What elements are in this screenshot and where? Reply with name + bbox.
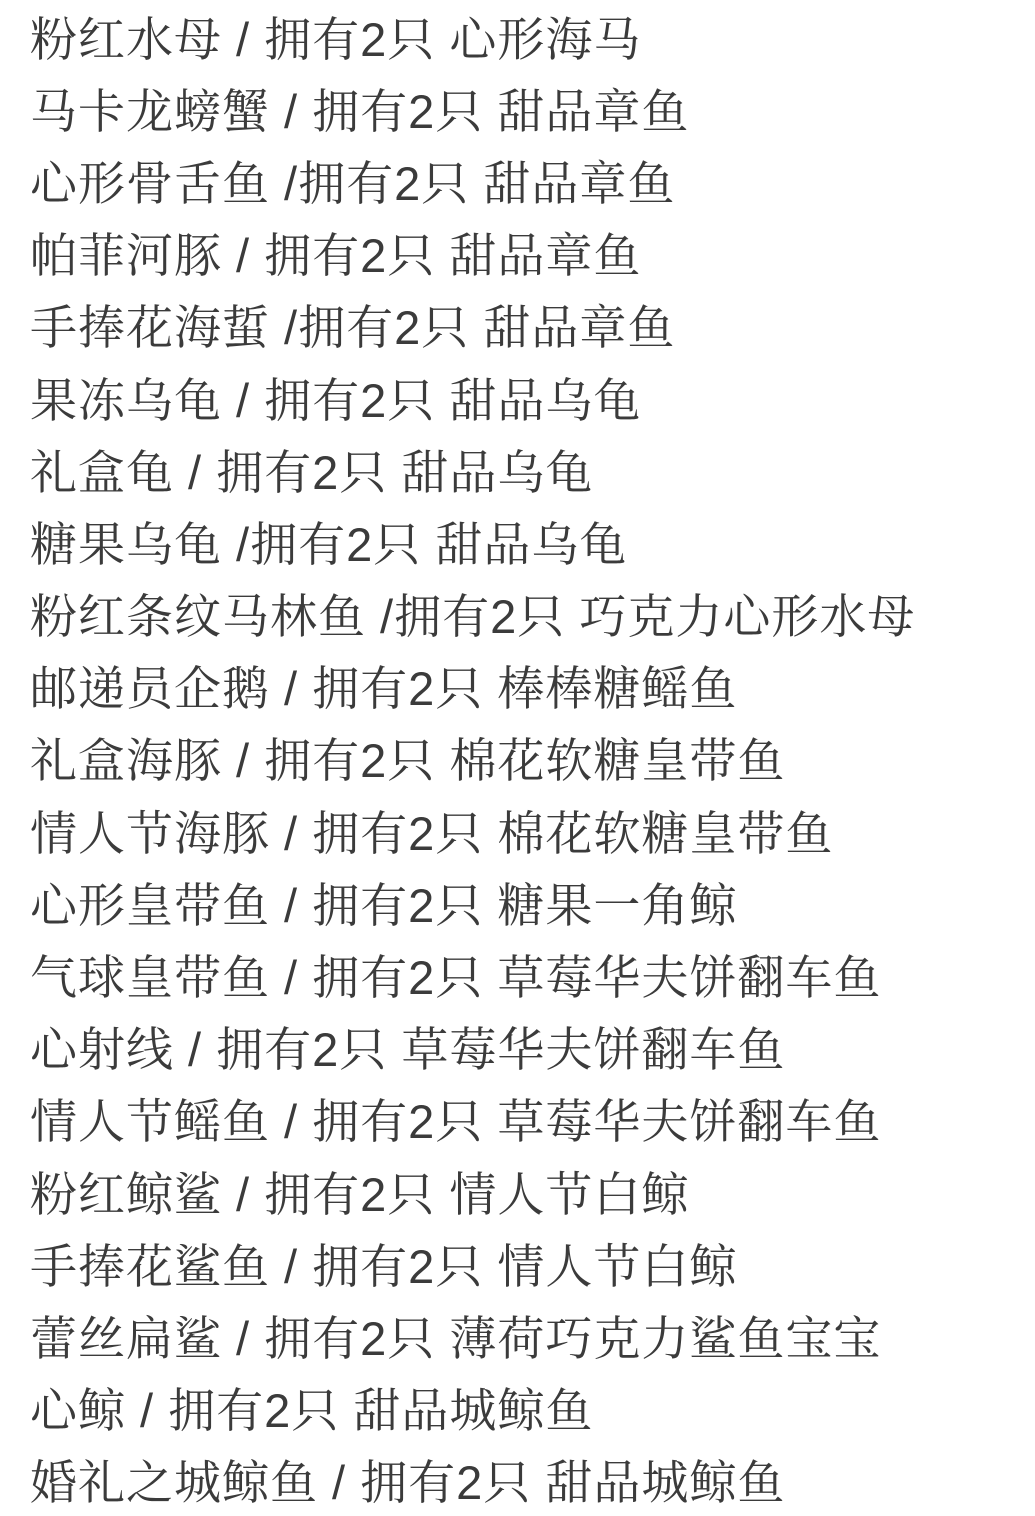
list-item: 婚礼之城鲸鱼 / 拥有2只 甜品城鲸鱼 [0, 1444, 1035, 1516]
list-item: 气球皇带鱼 / 拥有2只 草莓华夫饼翻车鱼 [0, 938, 1035, 1010]
list-item: 心形骨舌鱼 /拥有2只 甜品章鱼 [0, 144, 1035, 216]
list-item: 粉红条纹马林鱼 /拥有2只 巧克力心形水母 [0, 578, 1035, 650]
list-item: 手捧花海蜇 /拥有2只 甜品章鱼 [0, 289, 1035, 361]
list-item: 马卡龙螃蟹 / 拥有2只 甜品章鱼 [0, 72, 1035, 144]
pet-ownership-page: 粉红水母 / 拥有2只 心形海马 马卡龙螃蟹 / 拥有2只 甜品章鱼 心形骨舌鱼… [0, 0, 1035, 1516]
list-item: 帕菲河豚 / 拥有2只 甜品章鱼 [0, 217, 1035, 289]
list-item: 果冻乌龟 / 拥有2只 甜品乌龟 [0, 361, 1035, 433]
list-item: 礼盒龟 / 拥有2只 甜品乌龟 [0, 433, 1035, 505]
list-item: 手捧花鲨鱼 / 拥有2只 情人节白鲸 [0, 1227, 1035, 1299]
list-item: 心形皇带鱼 / 拥有2只 糖果一角鲸 [0, 866, 1035, 938]
list-item: 情人节海豚 / 拥有2只 棉花软糖皇带鱼 [0, 794, 1035, 866]
list-item: 蕾丝扁鲨 / 拥有2只 薄荷巧克力鲨鱼宝宝 [0, 1299, 1035, 1371]
list-item: 情人节鳐鱼 / 拥有2只 草莓华夫饼翻车鱼 [0, 1083, 1035, 1155]
list-item: 粉红水母 / 拥有2只 心形海马 [0, 0, 1035, 72]
list-item: 心鲸 / 拥有2只 甜品城鲸鱼 [0, 1372, 1035, 1444]
list-item: 邮递员企鹅 / 拥有2只 棒棒糖鳐鱼 [0, 650, 1035, 722]
list-item: 礼盒海豚 / 拥有2只 棉花软糖皇带鱼 [0, 722, 1035, 794]
list-item: 心射线 / 拥有2只 草莓华夫饼翻车鱼 [0, 1011, 1035, 1083]
list-item: 粉红鲸鲨 / 拥有2只 情人节白鲸 [0, 1155, 1035, 1227]
list-item: 糖果乌龟 /拥有2只 甜品乌龟 [0, 505, 1035, 577]
pet-ownership-list: 粉红水母 / 拥有2只 心形海马 马卡龙螃蟹 / 拥有2只 甜品章鱼 心形骨舌鱼… [0, 0, 1035, 1516]
